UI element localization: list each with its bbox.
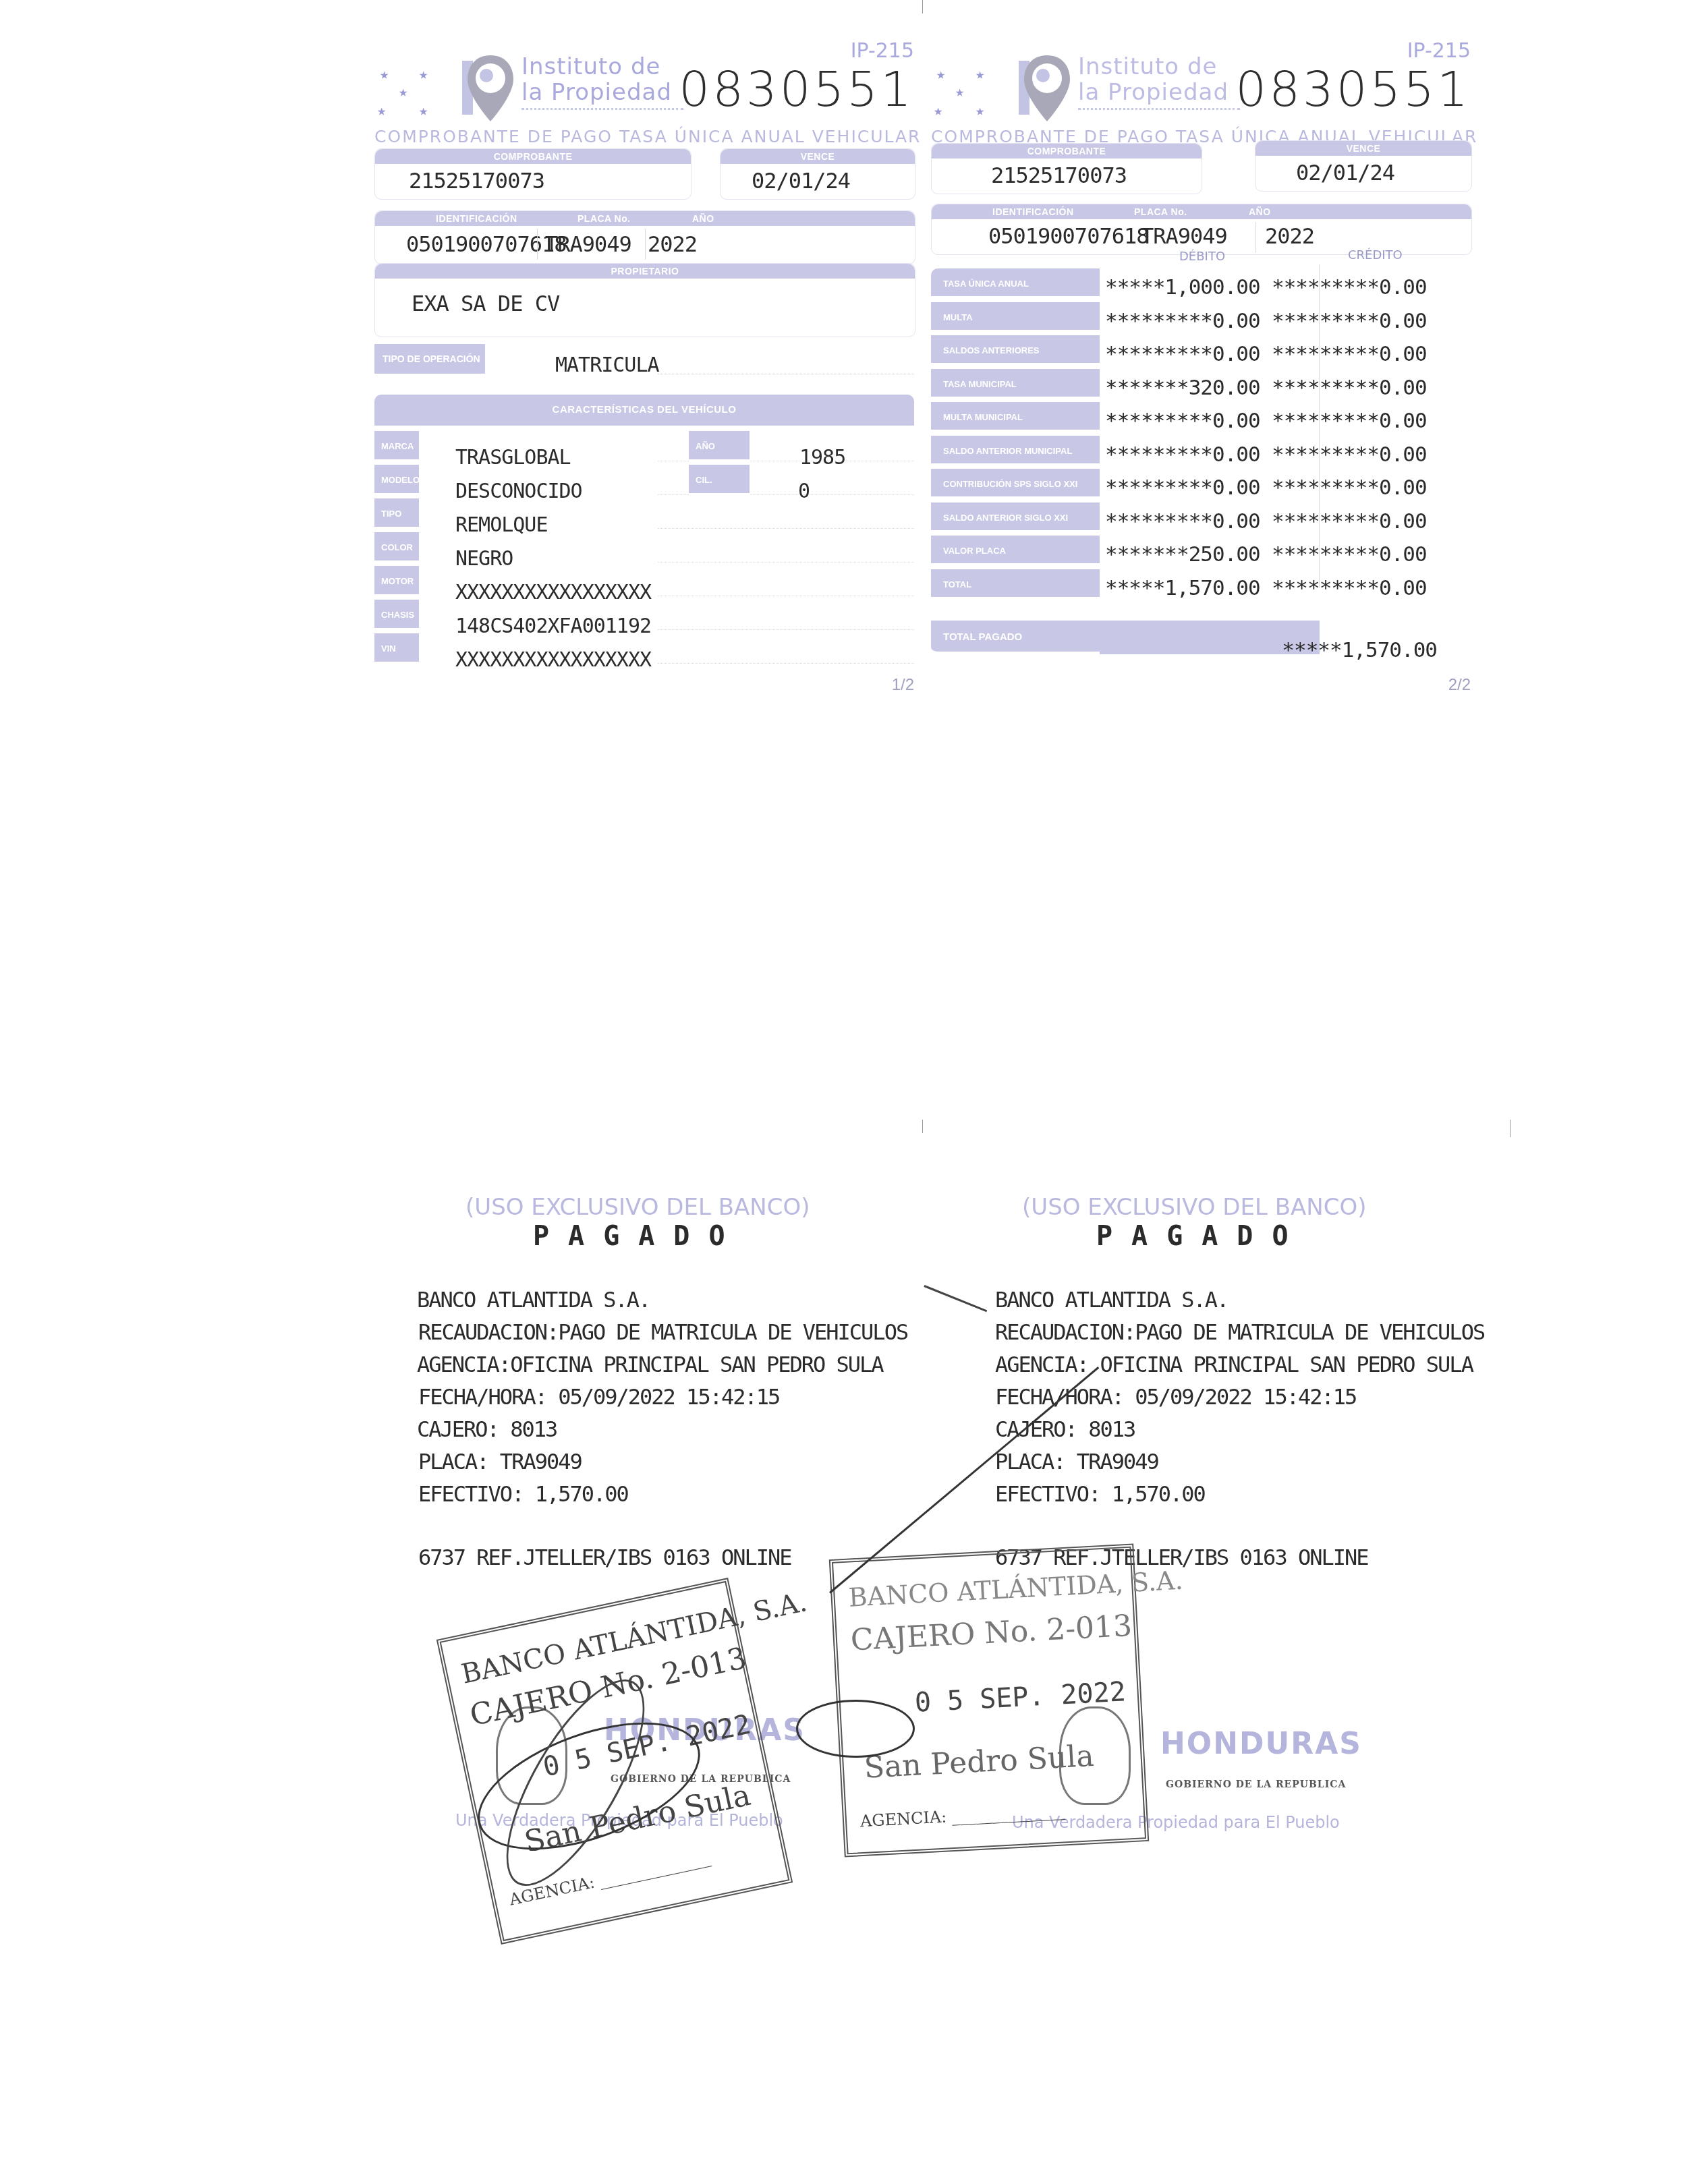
- handwritten-signature: [796, 1700, 915, 1758]
- paid-status: PAGADO: [533, 1221, 744, 1252]
- fold-mark: [922, 1120, 923, 1133]
- vence-value: 02/01/24: [752, 168, 850, 194]
- charge-credito: *********0.00: [1272, 442, 1427, 467]
- charge-debito: *********0.00: [1105, 342, 1260, 366]
- vehicle-value-chasis: 148CS402XFA001192: [455, 614, 651, 638]
- identification-row: IDENTIFICACIÓN PLACA No. AÑO 05019007076…: [931, 204, 1472, 255]
- receipt-bank-name: BANCO ATLANTIDA S.A.: [417, 1287, 650, 1313]
- receipt-recaudacion: RECAUDACION:PAGO DE MATRICULA DE VEHICUL…: [995, 1319, 1484, 1345]
- propietario-field: PROPIETARIO EXA SA DE CV: [374, 263, 915, 337]
- institute-logo: ★★ ★ ★★ Instituto de la Propiedad: [931, 40, 1241, 135]
- charge-label: TASA ÚNICA ANUAL: [931, 268, 1100, 299]
- charge-debito: *******320.00: [1105, 376, 1260, 400]
- honduras-stars-icon: ★★ ★ ★★: [931, 54, 1019, 128]
- charge-credito: *********0.00: [1272, 342, 1427, 366]
- vehicle-value-tipo: REMOLQUE: [455, 513, 548, 537]
- institute-name-line2: la Propiedad: [521, 80, 672, 105]
- charge-debito: *********0.00: [1105, 442, 1260, 467]
- vehicle-label-tipo: TIPO: [374, 498, 419, 529]
- institute-name-line2: la Propiedad: [1078, 80, 1229, 105]
- institute-logo: ★★ ★ ★★ Instituto de la Propiedad: [374, 40, 685, 135]
- charge-debito: *****1,570.00: [1105, 576, 1260, 600]
- vehicle-label-chasis: CHASIS: [374, 600, 419, 631]
- receipt-agencia: AGENCIA:OFICINA PRINCIPAL SAN PEDRO SULA: [417, 1352, 883, 1377]
- dotted-rule: [658, 596, 914, 596]
- vehicle-value-modelo: DESCONOCIDO: [455, 480, 582, 503]
- charge-credito: *********0.00: [1272, 275, 1427, 299]
- stamp-date: 0 5 SEP. 2022: [914, 1676, 1127, 1718]
- bank-stamp-2: BANCO ATLÁNTIDA, S.A. CAJERO No. 2-013 0…: [829, 1543, 1150, 1857]
- identificacion-label: IDENTIFICACIÓN: [436, 211, 517, 226]
- comprobante-field: COMPROBANTE 21525170073: [931, 143, 1202, 194]
- identification-row-bar: IDENTIFICACIÓN PLACA No. AÑO: [932, 204, 1471, 219]
- column-divider: [537, 229, 538, 260]
- charge-credito: *********0.00: [1272, 309, 1427, 333]
- vehicle-label-color: COLOR: [374, 532, 419, 563]
- identificacion-value: 0501900707618: [406, 231, 566, 257]
- vehicle-side-label: CIL.: [689, 465, 750, 496]
- column-divider: [1255, 222, 1256, 253]
- vehicle-side-value: 1985: [799, 446, 845, 469]
- receipt-fecha-hora: FECHA/HORA: 05/09/2022 15:42:15: [418, 1384, 779, 1410]
- propietario-label: PROPIETARIO: [375, 264, 915, 279]
- charge-label: TOTAL: [931, 569, 1100, 600]
- vehicle-characteristics: CARACTERÍSTICAS DEL VEHÍCULO MARCATRASGL…: [374, 395, 914, 664]
- charge-label: VALOR PLACA: [931, 536, 1100, 566]
- credito-column-header: CRÉDITO: [1348, 248, 1403, 262]
- tipo-operacion-value: MATRICULA: [555, 353, 659, 377]
- identification-row-bar: IDENTIFICACIÓN PLACA No. AÑO: [375, 211, 915, 226]
- page-number-1: 1/2: [892, 676, 914, 695]
- comprobante-value: 21525170073: [409, 168, 544, 194]
- charge-credito: *********0.00: [1272, 509, 1427, 534]
- document-title: COMPROBANTE DE PAGO TASA ÚNICA ANUAL VEH…: [374, 127, 914, 146]
- column-divider: [645, 229, 646, 260]
- serial-number: 0830551: [1235, 61, 1471, 117]
- vehicle-value-motor: XXXXXXXXXXXXXXXXX: [455, 581, 651, 604]
- institute-name: Instituto de la Propiedad: [521, 54, 672, 105]
- propietario-value: EXA SA DE CV: [412, 291, 559, 316]
- charge-debito: *******250.00: [1105, 542, 1260, 567]
- charge-label: SALDO ANTERIOR SIGLO XXI: [931, 502, 1100, 533]
- receipt-placa: PLACA: TRA9049: [995, 1449, 1158, 1474]
- paid-status: PAGADO: [1096, 1221, 1307, 1252]
- receipt-reference: 6737 REF.JTELLER/IBS 0163 ONLINE: [418, 1545, 791, 1570]
- vehicle-label-motor: MOTOR: [374, 566, 419, 597]
- receipt-recaudacion: RECAUDACION:PAGO DE MATRICULA DE VEHICUL…: [418, 1319, 907, 1345]
- vehicle-value-vin: XXXXXXXXXXXXXXXXX: [455, 648, 651, 672]
- vehicle-label-marca: MARCA: [374, 431, 419, 462]
- receipt-bank-name: BANCO ATLANTIDA S.A.: [995, 1287, 1228, 1313]
- debito-column-header: DÉBITO: [1179, 250, 1225, 264]
- vehicle-value-marca: TRASGLOBAL: [455, 446, 571, 469]
- vehicle-side-label: AÑO: [689, 431, 750, 462]
- vehicle-label-modelo: MODELO: [374, 465, 419, 496]
- anio-value: 2022: [648, 231, 697, 257]
- charge-credito: *********0.00: [1272, 376, 1427, 400]
- form-code: IP-215: [1407, 39, 1471, 63]
- institute-name: Instituto de la Propiedad: [1078, 54, 1229, 105]
- vehicle-characteristics-title: CARACTERÍSTICAS DEL VEHÍCULO: [374, 395, 914, 426]
- stamp-bank-name: BANCO ATLÁNTIDA, S.A.: [848, 1565, 1184, 1613]
- identification-row: IDENTIFICACIÓN PLACA No. AÑO 05019007076…: [374, 210, 915, 264]
- comprobante-label: COMPROBANTE: [375, 149, 691, 164]
- vence-value: 02/01/24: [1296, 160, 1394, 185]
- dotted-rule: [658, 663, 914, 664]
- institute-name-line1: Instituto de: [521, 54, 672, 80]
- bank-use-heading: (USO EXCLUSIVO DEL BANCO): [1022, 1194, 1367, 1221]
- vence-field: VENCE 02/01/24: [720, 148, 915, 200]
- charge-credito: *********0.00: [1272, 476, 1427, 500]
- anio-value: 2022: [1265, 223, 1314, 249]
- anio-label: AÑO: [692, 211, 714, 226]
- charge-debito: *********0.00: [1105, 509, 1260, 534]
- location-pin-logo-icon: [462, 51, 519, 125]
- receipt-efectivo: EFECTIVO: 1,570.00: [418, 1481, 628, 1507]
- serial-number: 0830551: [679, 61, 914, 117]
- logo-subtitle-divider: [521, 108, 683, 114]
- charge-label: MULTA: [931, 302, 1100, 333]
- receipt-agencia: AGENCIA: OFICINA PRINCIPAL SAN PEDRO SUL…: [995, 1352, 1473, 1377]
- tipo-operacion-label: TIPO DE OPERACIÓN: [374, 344, 485, 374]
- vence-field: VENCE 02/01/24: [1255, 140, 1472, 192]
- dotted-rule: [658, 562, 914, 563]
- placa-label: PLACA No.: [577, 211, 631, 226]
- stamp-cashier: CAJERO No. 2-013: [850, 1609, 1133, 1658]
- receipt-fecha-hora: FECHA/HORA: 05/09/2022 15:42:15: [995, 1384, 1356, 1410]
- identificacion-label: IDENTIFICACIÓN: [992, 204, 1074, 219]
- placa-label: PLACA No.: [1134, 204, 1187, 219]
- bank-receipt-1: (USO EXCLUSIVO DEL BANCO) PAGADO BANCO A…: [418, 1187, 958, 1592]
- fold-mark: [922, 0, 923, 13]
- anio-label: AÑO: [1249, 204, 1271, 219]
- receipt-placa: PLACA: TRA9049: [418, 1449, 582, 1474]
- comprobante-field: COMPROBANTE 21525170073: [374, 148, 691, 200]
- dotted-rule: [658, 528, 914, 529]
- vence-label: VENCE: [721, 149, 915, 164]
- bank-use-heading: (USO EXCLUSIVO DEL BANCO): [465, 1194, 810, 1221]
- vehicle-side-value: 0: [798, 480, 810, 503]
- page-number-2: 2/2: [1448, 676, 1471, 695]
- charge-debito: *********0.00: [1105, 409, 1260, 433]
- vehicle-label-vin: VIN: [374, 633, 419, 664]
- location-pin-logo-icon: [1019, 51, 1075, 125]
- charge-label: CONTRIBUCIÓN SPS SIGLO XXI: [931, 469, 1100, 499]
- bank-receipt-2: (USO EXCLUSIVO DEL BANCO) PAGADO BANCO A…: [995, 1187, 1535, 1592]
- logo-subtitle-divider: [1078, 108, 1240, 114]
- identificacion-value: 0501900707618: [988, 223, 1148, 249]
- charge-credito: *********0.00: [1272, 542, 1427, 567]
- charge-label: SALDOS ANTERIORES: [931, 335, 1100, 366]
- comprobante-value: 21525170073: [991, 163, 1127, 188]
- placa-value: TRA9049: [545, 231, 631, 257]
- vehicle-value-color: NEGRO: [455, 547, 513, 571]
- total-pagado-label: TOTAL PAGADO: [931, 621, 1100, 654]
- dotted-rule: [658, 629, 914, 630]
- vence-label: VENCE: [1255, 141, 1471, 156]
- voucher-page-1: ★★ ★ ★★ Instituto de la Propiedad IP-215…: [374, 27, 914, 695]
- stamp-agency: AGENCIA: ______________: [859, 1801, 1065, 1831]
- charge-credito: *********0.00: [1272, 409, 1427, 433]
- charge-debito: *********0.00: [1105, 476, 1260, 500]
- charge-label: SALDO ANTERIOR MUNICIPAL: [931, 436, 1100, 466]
- receipt-efectivo: EFECTIVO: 1,570.00: [995, 1481, 1205, 1507]
- receipt-cajero: CAJERO: 8013: [417, 1416, 557, 1442]
- comprobante-label: COMPROBANTE: [932, 144, 1202, 159]
- form-code: IP-215: [851, 39, 914, 63]
- charge-label: TASA MUNICIPAL: [931, 369, 1100, 399]
- receipt-cajero: CAJERO: 8013: [995, 1416, 1135, 1442]
- honduras-brand: HONDURAS: [1160, 1727, 1362, 1761]
- voucher-page-2: ★★ ★ ★★ Instituto de la Propiedad IP-215…: [931, 27, 1471, 695]
- charge-debito: *****1,000.00: [1105, 275, 1260, 299]
- charge-debito: *********0.00: [1105, 309, 1260, 333]
- fold-mark: [1510, 1120, 1511, 1137]
- placa-value: TRA9049: [1141, 223, 1227, 249]
- charge-credito: *********0.00: [1272, 576, 1427, 600]
- charge-label: MULTA MUNICIPAL: [931, 402, 1100, 432]
- dotted-rule: [658, 374, 914, 374]
- total-pagado-value: *****1,570.00: [1282, 638, 1437, 662]
- government-label: GOBIERNO DE LA REPUBLICA: [1166, 1779, 1346, 1790]
- institute-name-line1: Instituto de: [1078, 54, 1229, 80]
- honduras-stars-icon: ★★ ★ ★★: [374, 54, 462, 128]
- stamp-agency-label: AGENCIA:: [859, 1808, 947, 1831]
